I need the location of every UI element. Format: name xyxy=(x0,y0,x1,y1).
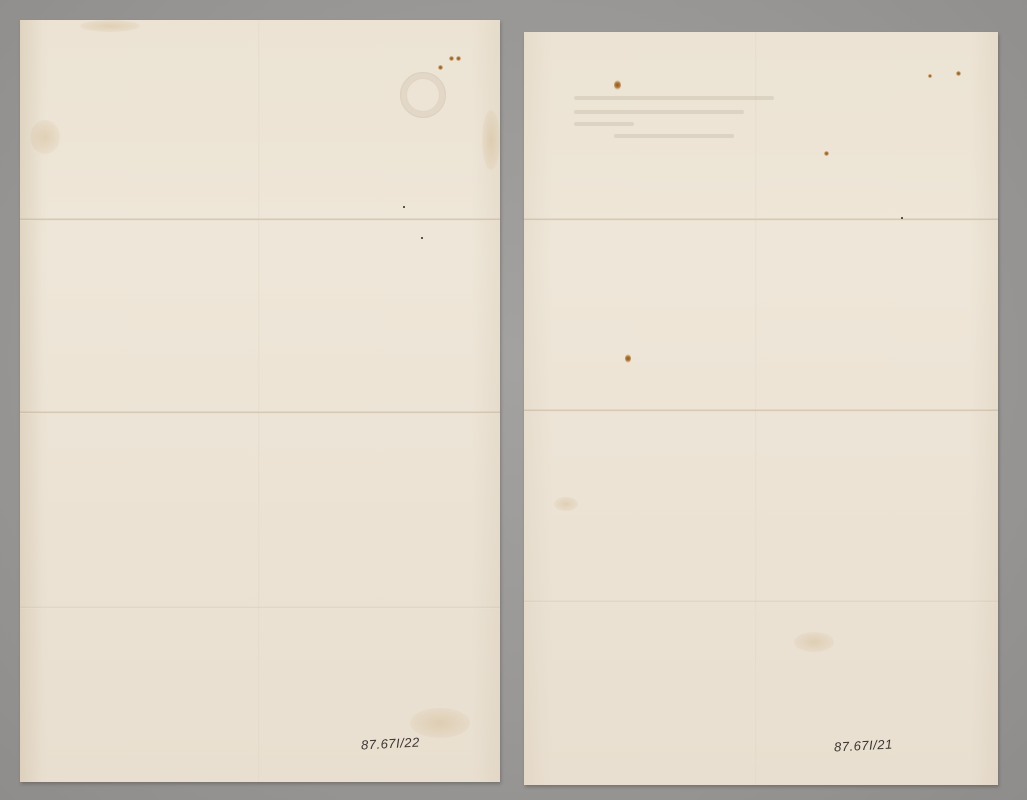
foxing-spot xyxy=(449,56,454,61)
foxing-spot xyxy=(928,74,932,78)
foxing-spot xyxy=(824,151,829,156)
horizontal-fold-lower xyxy=(20,606,500,609)
ink-speck xyxy=(403,206,405,208)
catalog-number: 87.67I/21 xyxy=(834,736,893,754)
horizontal-fold-lower xyxy=(524,600,998,603)
ink-speck xyxy=(421,237,423,239)
faint-stain xyxy=(554,497,578,511)
show-through-text-line xyxy=(574,96,774,100)
catalog-number: 87.67I/22 xyxy=(361,734,420,752)
top-edge-stain xyxy=(80,20,140,32)
vertical-fold xyxy=(755,32,757,785)
foxing-spot xyxy=(456,56,461,61)
embossed-seal xyxy=(400,72,446,118)
foxing-spot xyxy=(625,354,631,363)
show-through-text-line xyxy=(574,122,634,126)
paper-sheet-right: 87.67I/21 xyxy=(524,32,998,785)
horizontal-fold-middle xyxy=(20,411,500,414)
vertical-fold xyxy=(258,20,260,782)
paper-sheet-left: 87.67I/22 xyxy=(20,20,500,782)
right-edge-stain xyxy=(482,110,500,170)
horizontal-fold-upper xyxy=(20,218,500,221)
foxing-spot xyxy=(614,80,621,90)
horizontal-fold-upper xyxy=(524,218,998,221)
foxing-spot xyxy=(438,65,443,70)
faint-stain xyxy=(794,632,834,652)
show-through-text-line xyxy=(574,110,744,114)
foxing-spot xyxy=(956,71,961,76)
ink-speck xyxy=(901,217,903,219)
horizontal-fold-middle xyxy=(524,409,998,412)
left-margin-stain xyxy=(30,120,60,154)
show-through-text-line xyxy=(614,134,734,138)
